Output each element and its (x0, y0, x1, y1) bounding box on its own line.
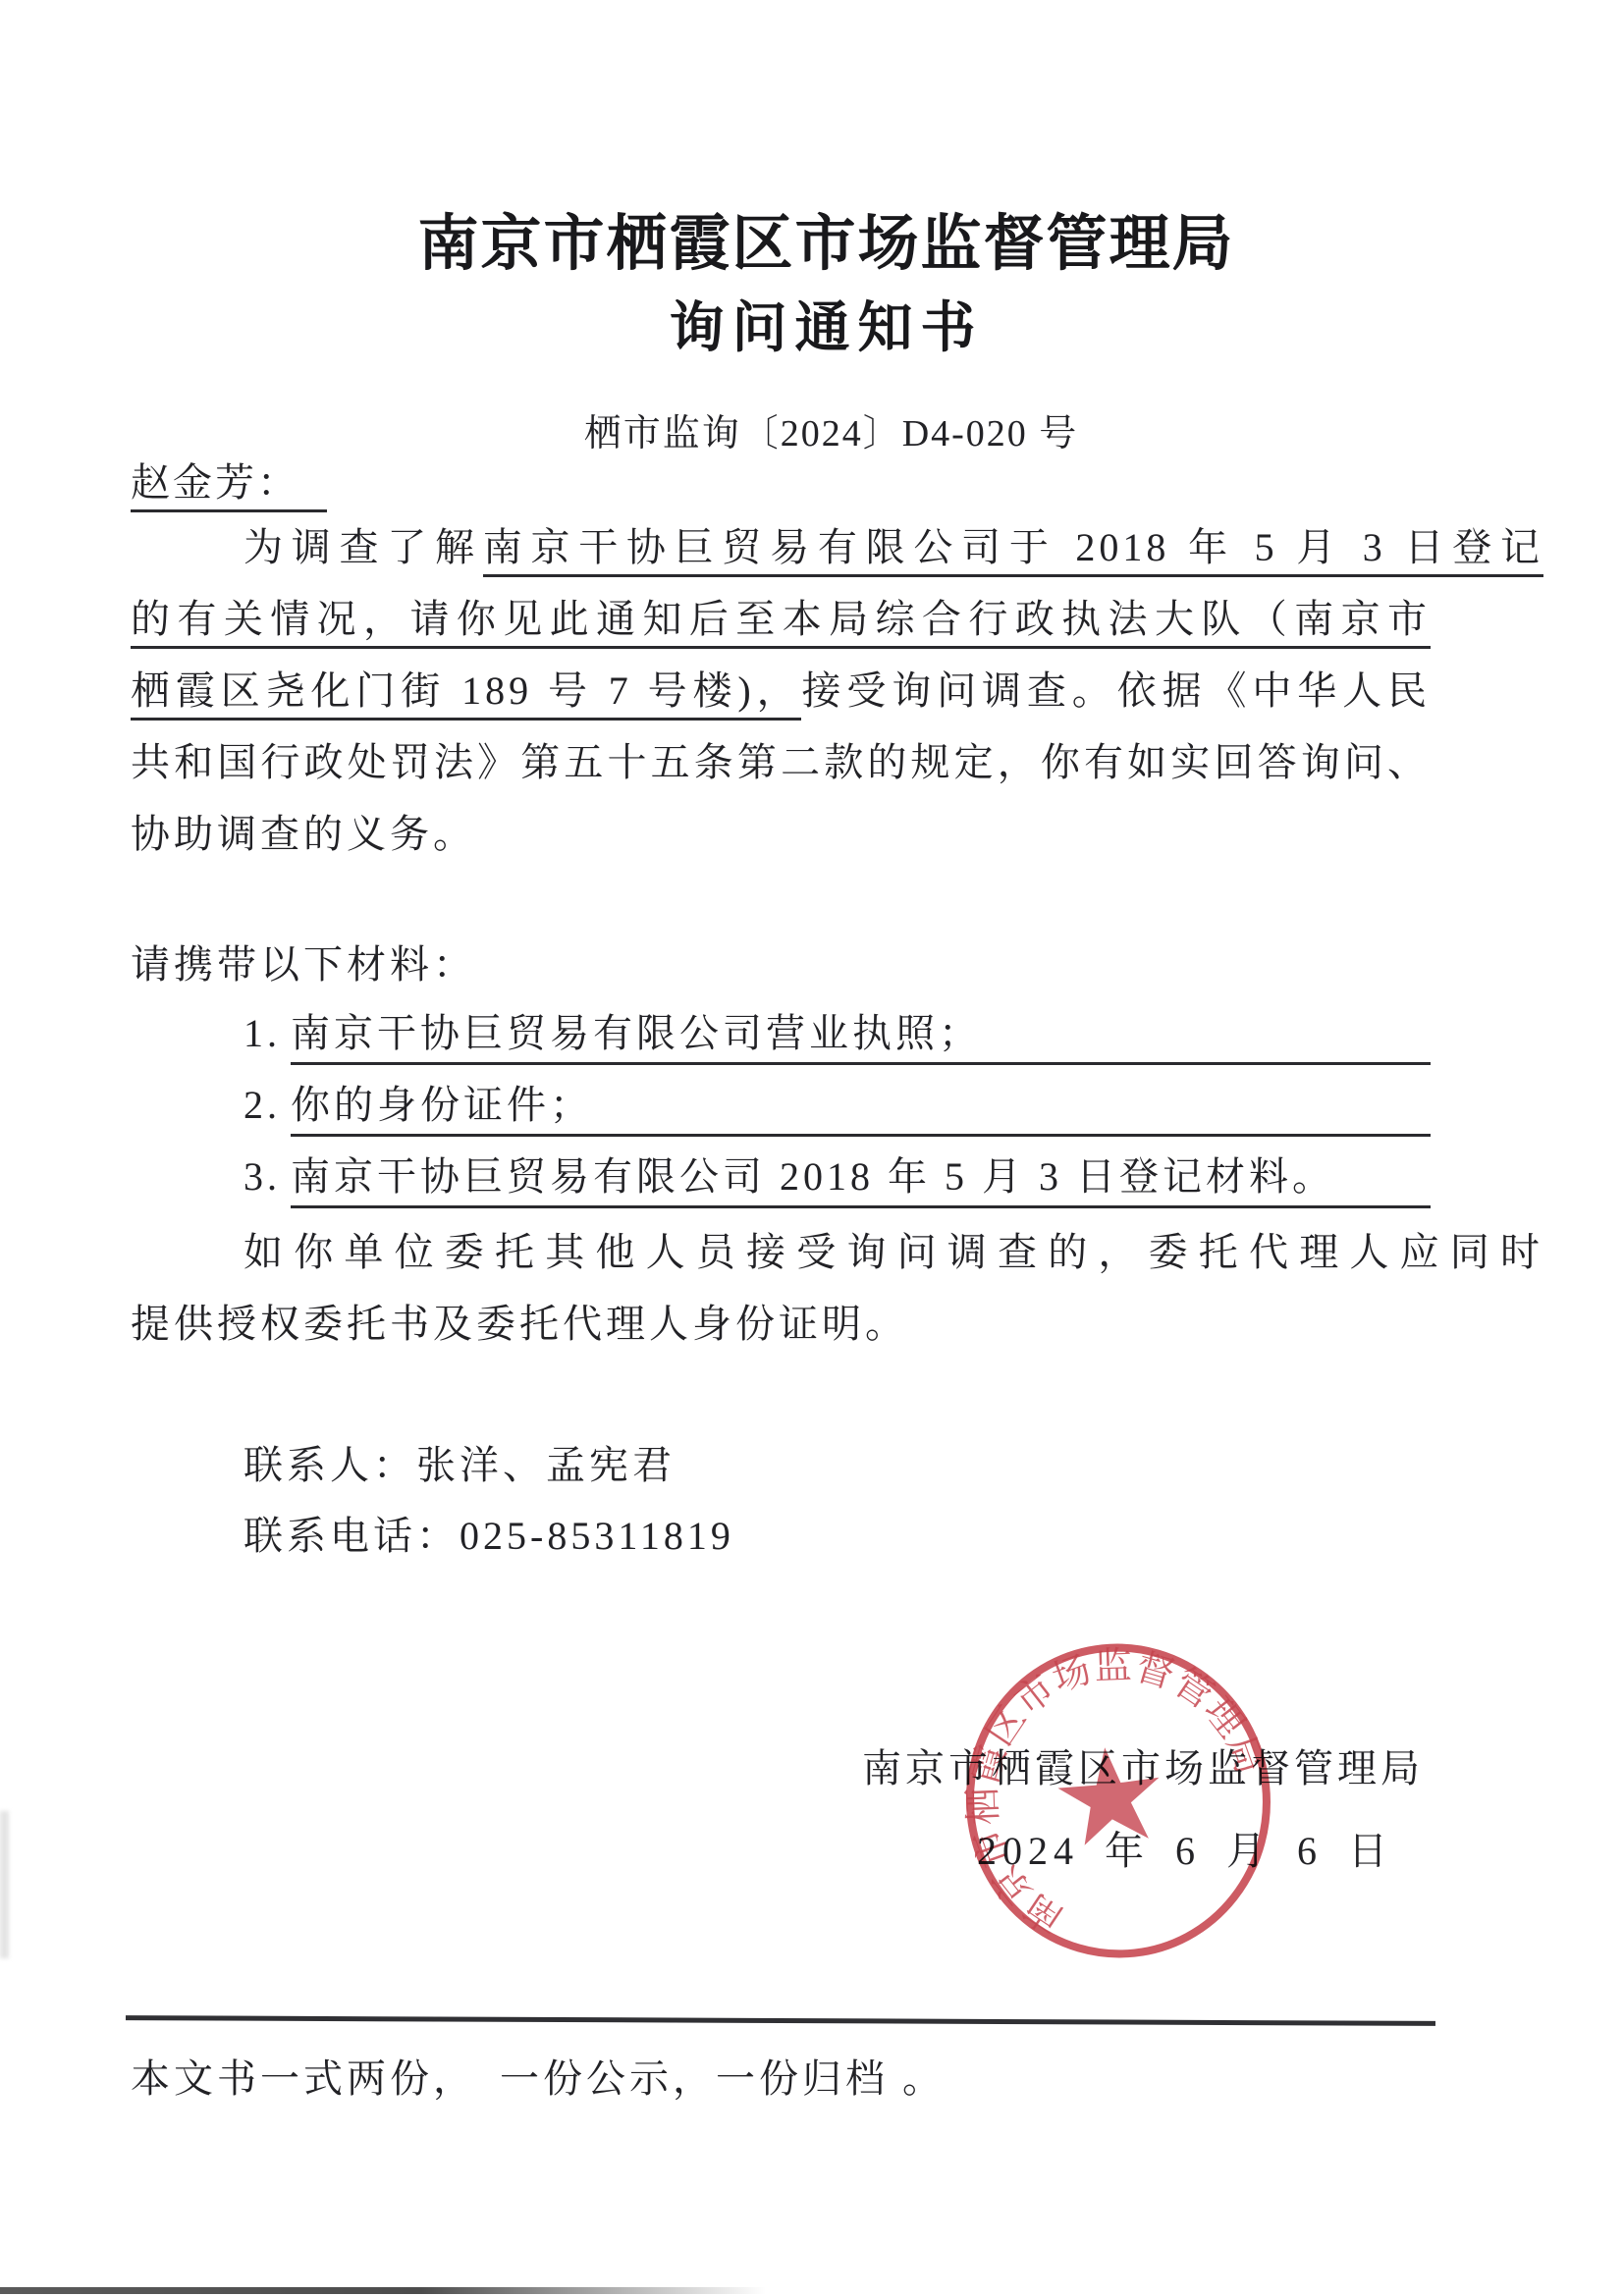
material-item-3: 3.南京干协巨贸易有限公司 2018 年 5 月 3 日登记材料。 (243, 1152, 1431, 1208)
material-item-2-number: 2. (243, 1081, 291, 1137)
body-line-7: 提供授权委托书及委托代理人身份证明。 (131, 1300, 1431, 1349)
footer-note: 本文书一式两份， 一份公示，一份归档 。 (131, 2048, 946, 2104)
scan-bottom-edge-artifact (0, 2287, 766, 2294)
addressee-line: 赵金芳： (131, 452, 327, 507)
body-line-1-plain: 为调查了解 (243, 525, 483, 569)
material-item-2-text: 你的身份证件； (291, 1081, 593, 1137)
body-line-1-underlined: 南京干协巨贸易有限公司于 2018 年 5 月 3 日登记 (483, 525, 1543, 577)
body-line-2-underlined: 的有关情况，请你见此通知后至本局综合行政执法大队（南京市 (131, 597, 1431, 649)
official-stamp: 南京市栖霞区市场监督管理局 (947, 1626, 1290, 1976)
material-item-1: 1.南京干协巨贸易有限公司营业执照； (243, 1009, 1431, 1065)
material-item-3-ruled-line (1335, 1152, 1431, 1208)
body-line-6: 如你单位委托其他人员接受询问调查的，委托代理人应同时 (131, 1228, 1543, 1277)
body-line-1: 为调查了解南京干协巨贸易有限公司于 2018 年 5 月 3 日登记 (131, 523, 1543, 572)
material-item-1-text: 南京干协巨贸易有限公司营业执照； (291, 1009, 982, 1065)
stamp-star-icon (1055, 1742, 1165, 1847)
material-item-1-ruled-line (982, 1009, 1431, 1065)
material-item-3-number: 3. (243, 1152, 291, 1208)
contact-phone: 联系电话：025-85311819 (243, 1512, 1431, 1561)
material-item-2-ruled-line (593, 1081, 1431, 1137)
body-line-3-underlined: 栖霞区尧化门街 189 号 7 号楼)， (131, 668, 801, 721)
material-item-1-number: 1. (243, 1009, 291, 1065)
document-type-title: 询问通知书 (0, 285, 1623, 363)
scan-smudge-artifact (0, 1811, 9, 1958)
material-item-3-text: 南京干协巨贸易有限公司 2018 年 5 月 3 日登记材料。 (291, 1152, 1335, 1208)
body-line-3-plain: 接受询问调查。依据《中华人民 (801, 668, 1431, 713)
body-line-2: 的有关情况，请你见此通知后至本局综合行政执法大队（南京市 (131, 595, 1431, 644)
material-item-2: 2.你的身份证件； (243, 1081, 1431, 1137)
addressee-name: 赵金芳： (131, 460, 327, 512)
body-line-3: 栖霞区尧化门街 189 号 7 号楼)，接受询问调查。依据《中华人民 (131, 667, 1431, 716)
body-line-5: 协助调查的义务。 (131, 810, 1431, 859)
document-number: 栖市监询〔2024〕D4-020 号 (0, 402, 1623, 456)
body-line-4: 共和国行政处罚法》第五十五条第二款的规定，你有如实回答询问、 (131, 738, 1431, 787)
agency-title: 南京市栖霞区市场监督管理局 (0, 194, 1623, 282)
scanned-document-page: 南京市栖霞区市场监督管理局 询问通知书 栖市监询〔2024〕D4-020 号 赵… (0, 0, 1623, 2296)
contact-person: 联系人：张洋、孟宪君 (243, 1441, 1431, 1490)
materials-intro: 请携带以下材料： (131, 940, 1431, 989)
footer-divider (126, 2015, 1435, 2026)
